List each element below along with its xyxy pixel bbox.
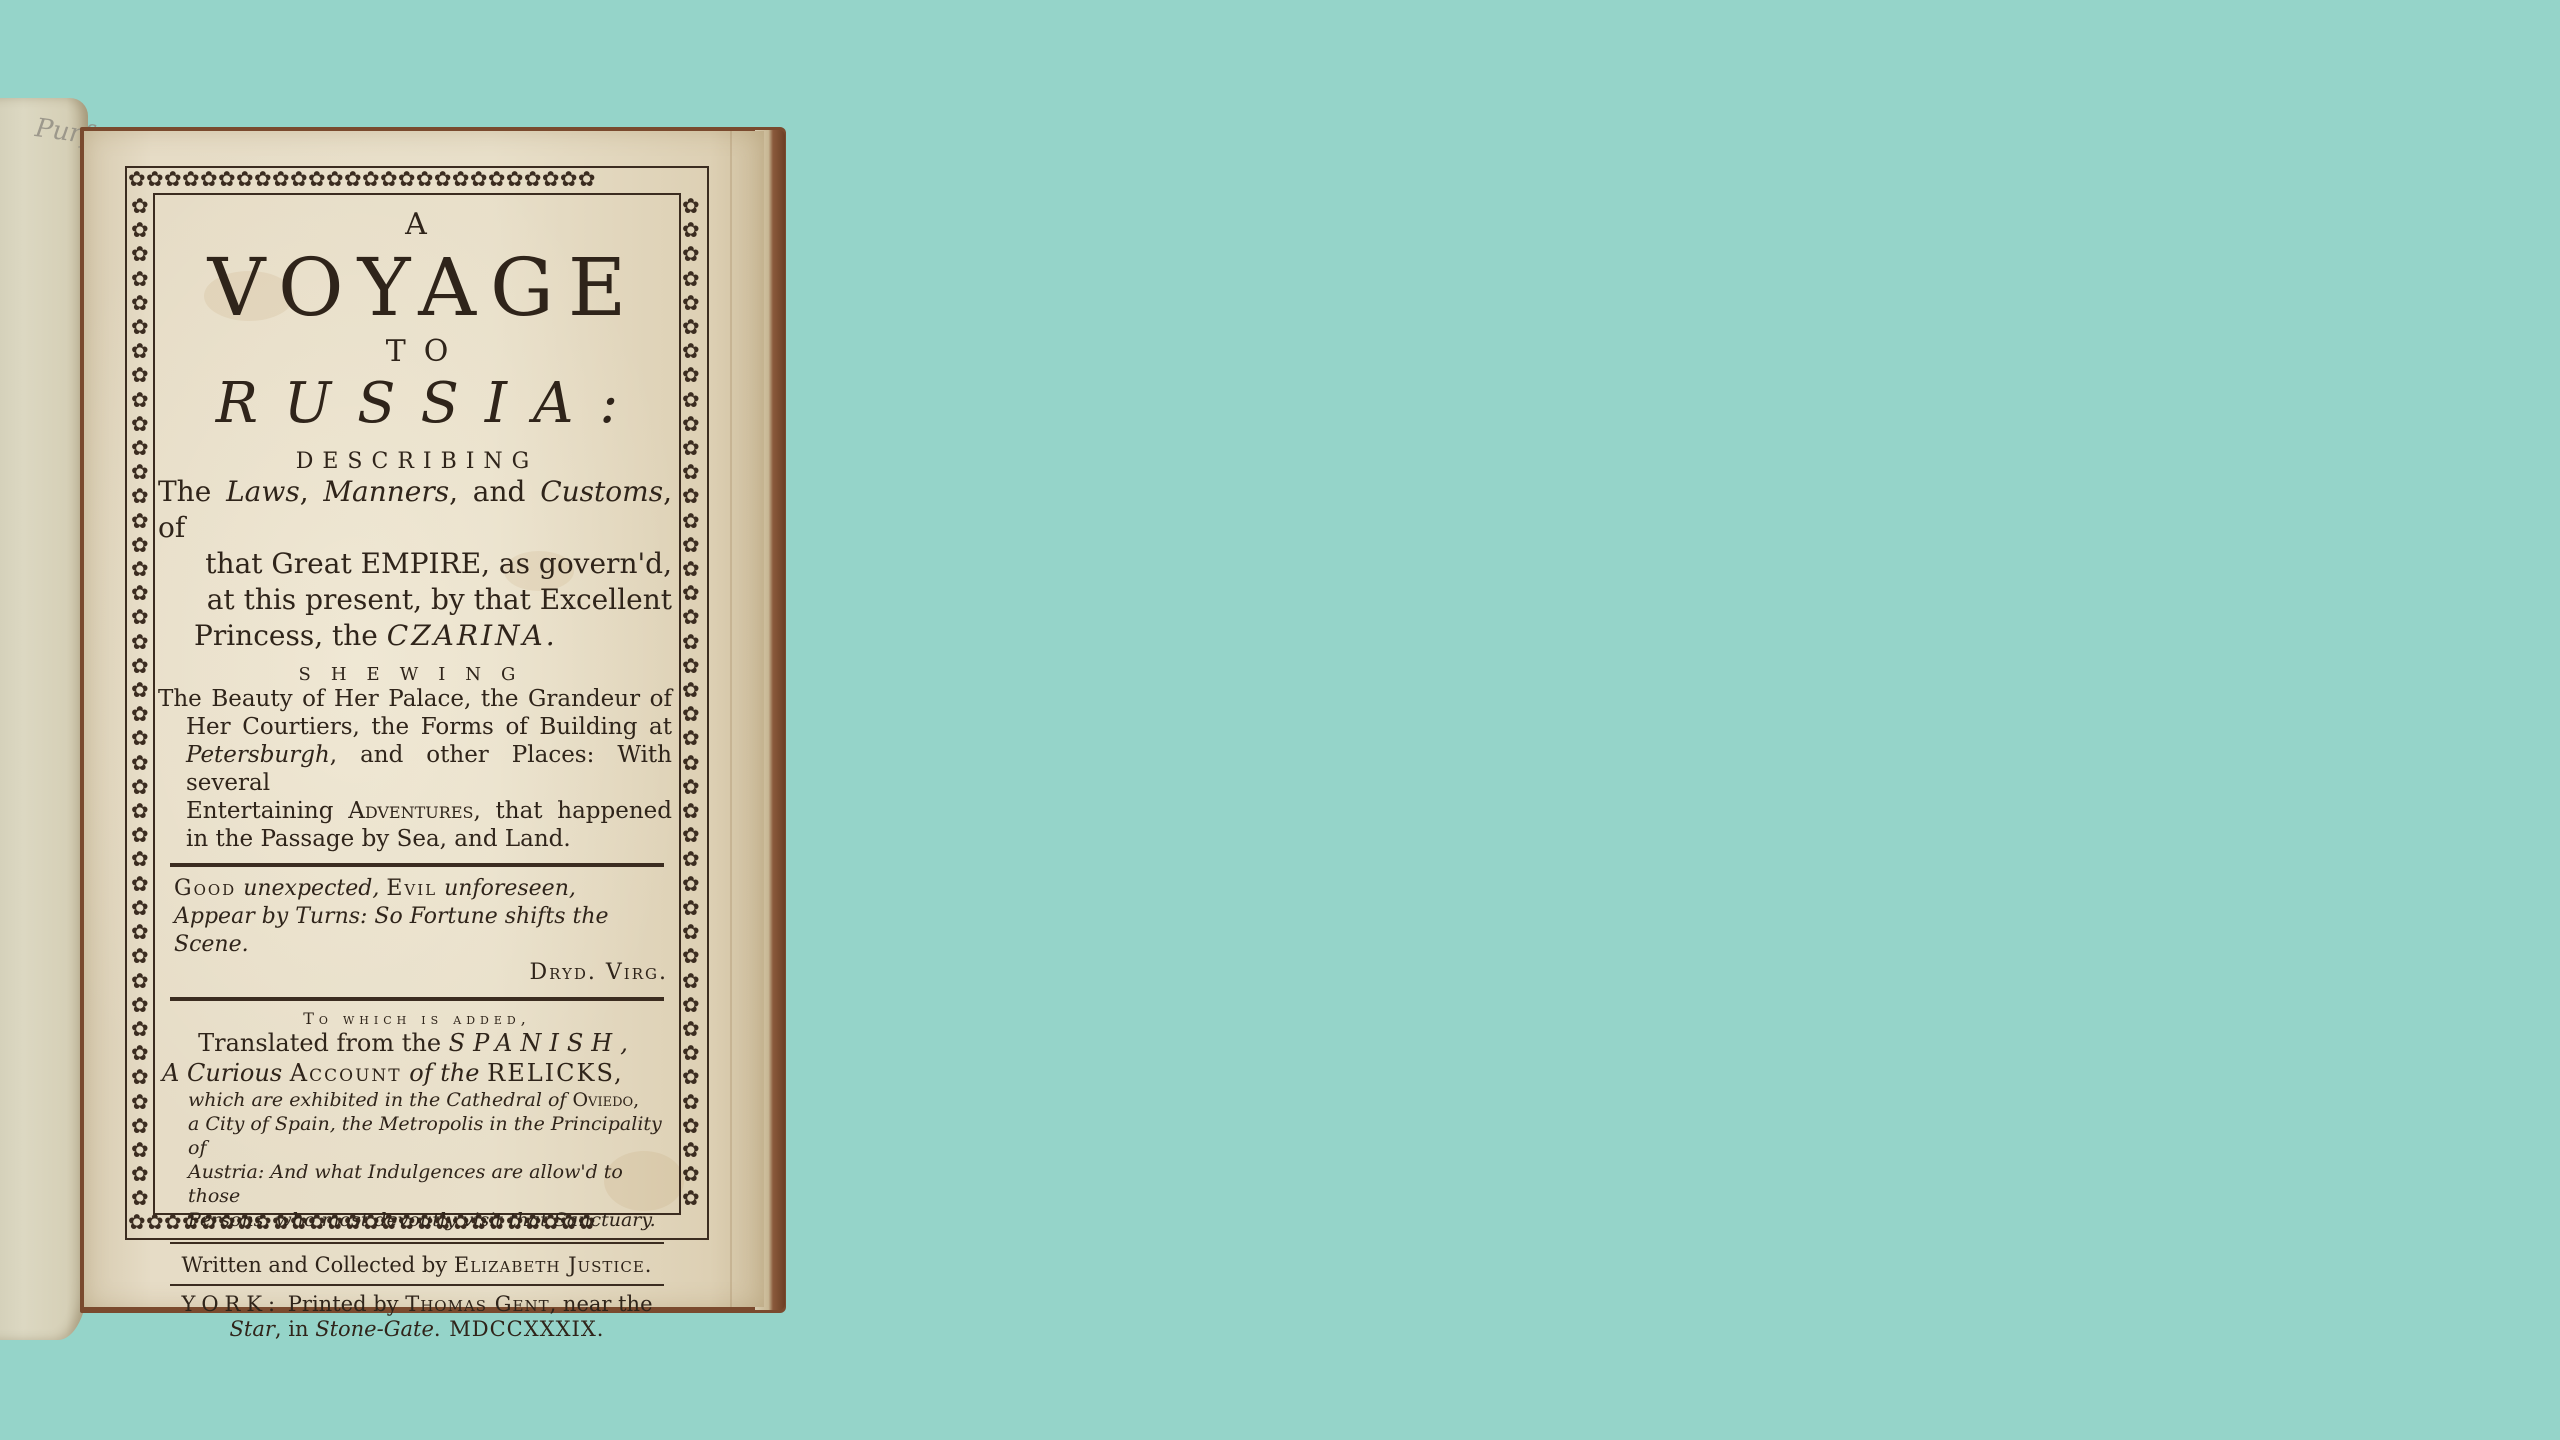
flower-ornament-row-top: ✿✿✿✿✿✿✿✿✿✿✿✿✿✿✿✿✿✿✿✿✿✿✿✿✿✿ <box>128 169 704 193</box>
shewing-body: The Beauty of Her Palace, the Grandeur o… <box>158 685 676 853</box>
author-line: Written and Collected by Elizabeth Justi… <box>158 1252 676 1278</box>
added-heading: To which is added, <box>158 1009 676 1028</box>
describing-heading: DESCRIBING <box>158 449 676 474</box>
divider-rule <box>170 1284 664 1286</box>
left-page: Purfu <box>0 98 88 1340</box>
motto-line-2: Appear by Turns: So Fortune shifts the S… <box>174 904 609 957</box>
page-crease <box>730 131 732 1307</box>
title-page-text: A VOYAGE TO RUSSIA: DESCRIBING The Laws,… <box>158 195 676 1342</box>
shewing-line-5: in the Passage by Sea, and Land. <box>158 825 672 853</box>
describing-body: The Laws, Manners, and Customs, of that … <box>158 474 676 654</box>
shewing-line-2: Her Courtiers, the Forms of Building at <box>158 713 672 741</box>
title-voyage: VOYAGE <box>158 248 690 328</box>
divider-rule <box>170 997 664 1001</box>
title-russia: RUSSIA: <box>158 373 702 435</box>
motto-attribution: Dryd. Virg. <box>174 959 676 987</box>
describing-line-1: The Laws, Manners, and Customs, of <box>158 474 672 546</box>
motto: Good unexpected, Evil unforeseen, Appear… <box>158 875 676 987</box>
divider-rule <box>170 863 664 867</box>
translated-line: Translated from the SPANISH, <box>158 1028 676 1058</box>
title-article: A <box>158 207 676 242</box>
title-to: TO <box>158 334 694 369</box>
shewing-line-3: Petersburgh, and other Places: With seve… <box>158 741 672 797</box>
relicks-description: which are exhibited in the Cathedral of … <box>158 1088 676 1232</box>
imprint: YORK: Printed by Thomas Gent, near the S… <box>158 1292 676 1342</box>
shewing-heading: SHEWING <box>158 664 676 685</box>
relicks-line: A Curious Account of the RELICKS, <box>158 1058 676 1088</box>
describing-line-3: at this present, by that Excellent <box>158 582 672 618</box>
shewing-line-4: Entertaining Adventures, that happened <box>158 797 672 825</box>
flower-ornament-col-left: ✿✿✿✿✿✿✿✿✿✿✿✿✿✿✿✿✿✿✿✿✿✿✿✿✿✿✿✿✿✿✿✿✿✿✿✿✿✿✿✿… <box>128 194 152 1212</box>
describing-line-2: that Great EMPIRE, as govern'd, <box>158 546 672 582</box>
shewing-line-1: The Beauty of Her Palace, the Grandeur o… <box>158 685 672 713</box>
describing-line-4: Princess, the CZARINA. <box>158 618 672 654</box>
divider-rule <box>170 1242 664 1244</box>
